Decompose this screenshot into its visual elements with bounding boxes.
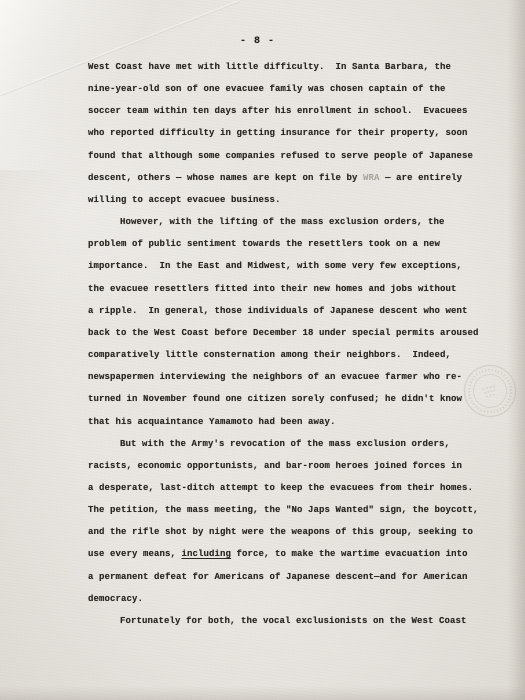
text-line: But with the Army's revocation of the ma… xyxy=(88,433,488,455)
text-line: democracy. xyxy=(88,588,488,610)
text-segment: importance. In the East and Midwest, wit… xyxy=(88,261,462,271)
text-line: nine-year-old son of one evacuee family … xyxy=(88,78,488,100)
faint-typed-word: WRA xyxy=(363,173,380,183)
page-number: - 8 - xyxy=(0,36,515,47)
text-line: back to the West Coast before December 1… xyxy=(88,322,488,344)
text-segment: But with the Army's revocation of the ma… xyxy=(120,439,450,449)
text-line: problem of public sentiment towards the … xyxy=(88,233,488,255)
text-line: racists, economic opportunists, and bar-… xyxy=(88,455,488,477)
text-segment: soccer team within ten days after his en… xyxy=(88,106,468,116)
text-line: a desperate, last-ditch attempt to keep … xyxy=(88,477,488,499)
text-segment: the evacuee resettlers fitted into their… xyxy=(88,284,457,294)
text-line: the evacuee resettlers fitted into their… xyxy=(88,278,488,300)
text-line: found that although some companies refus… xyxy=(88,145,488,167)
text-segment: a permanent defeat for Americans of Japa… xyxy=(88,572,468,582)
underlined-word: including xyxy=(182,549,232,559)
text-segment: back to the West Coast before December 1… xyxy=(88,328,479,338)
document-page: - 8 - West Coast have met with little di… xyxy=(0,0,525,700)
text-segment: comparatively little consternation among… xyxy=(88,350,451,360)
text-segment: a ripple. In general, those individuals … xyxy=(88,306,468,316)
text-segment: West Coast have met with little difficul… xyxy=(88,62,451,72)
text-segment: descent, others — whose names are kept o… xyxy=(88,173,363,183)
text-segment: newspapermen interviewing the neighbors … xyxy=(88,372,462,382)
text-line: newspapermen interviewing the neighbors … xyxy=(88,366,488,388)
text-segment: force, to make the wartime evacuation in… xyxy=(231,549,468,559)
text-segment: However, with the lifting of the mass ex… xyxy=(120,217,445,227)
text-segment: racists, economic opportunists, and bar-… xyxy=(88,461,462,471)
text-line: soccer team within ten days after his en… xyxy=(88,100,488,122)
text-segment: willing to accept evacuee business. xyxy=(88,195,281,205)
text-line: willing to accept evacuee business. xyxy=(88,189,488,211)
text-line: that his acquaintance Yamamoto had been … xyxy=(88,411,488,433)
text-segment: and the rifle shot by night were the wea… xyxy=(88,527,473,537)
text-segment: that his acquaintance Yamamoto had been … xyxy=(88,417,336,427)
text-segment: problem of public sentiment towards the … xyxy=(88,239,440,249)
text-segment: found that although some companies refus… xyxy=(88,151,473,161)
text-segment: turned in November found one citizen sor… xyxy=(88,394,462,404)
text-line: Fortunately for both, the vocal exclusio… xyxy=(88,610,488,632)
text-line: and the rifle shot by night were the wea… xyxy=(88,521,488,543)
text-line: a ripple. In general, those individuals … xyxy=(88,300,488,322)
text-line: importance. In the East and Midwest, wit… xyxy=(88,255,488,277)
text-segment: use every means, xyxy=(88,549,182,559)
text-segment: nine-year-old son of one evacuee family … xyxy=(88,84,446,94)
text-line: However, with the lifting of the mass ex… xyxy=(88,211,488,233)
text-segment: who reported difficulty in getting insur… xyxy=(88,128,468,138)
text-segment: The petition, the mass meeting, the "No … xyxy=(88,505,479,515)
text-line: The petition, the mass meeting, the "No … xyxy=(88,499,488,521)
text-line: use every means, including force, to mak… xyxy=(88,543,488,565)
text-line: comparatively little consternation among… xyxy=(88,344,488,366)
text-line: turned in November found one citizen sor… xyxy=(88,388,488,410)
text-line: descent, others — whose names are kept o… xyxy=(88,167,488,189)
text-segment: a desperate, last-ditch attempt to keep … xyxy=(88,483,473,493)
text-line: a permanent defeat for Americans of Japa… xyxy=(88,566,488,588)
text-segment: Fortunately for both, the vocal exclusio… xyxy=(120,616,467,626)
text-line: who reported difficulty in getting insur… xyxy=(88,122,488,144)
text-segment: — are entirely xyxy=(380,173,463,183)
text-line: West Coast have met with little difficul… xyxy=(88,56,488,78)
document-text: West Coast have met with little difficul… xyxy=(88,56,488,632)
text-segment: democracy. xyxy=(88,594,143,604)
